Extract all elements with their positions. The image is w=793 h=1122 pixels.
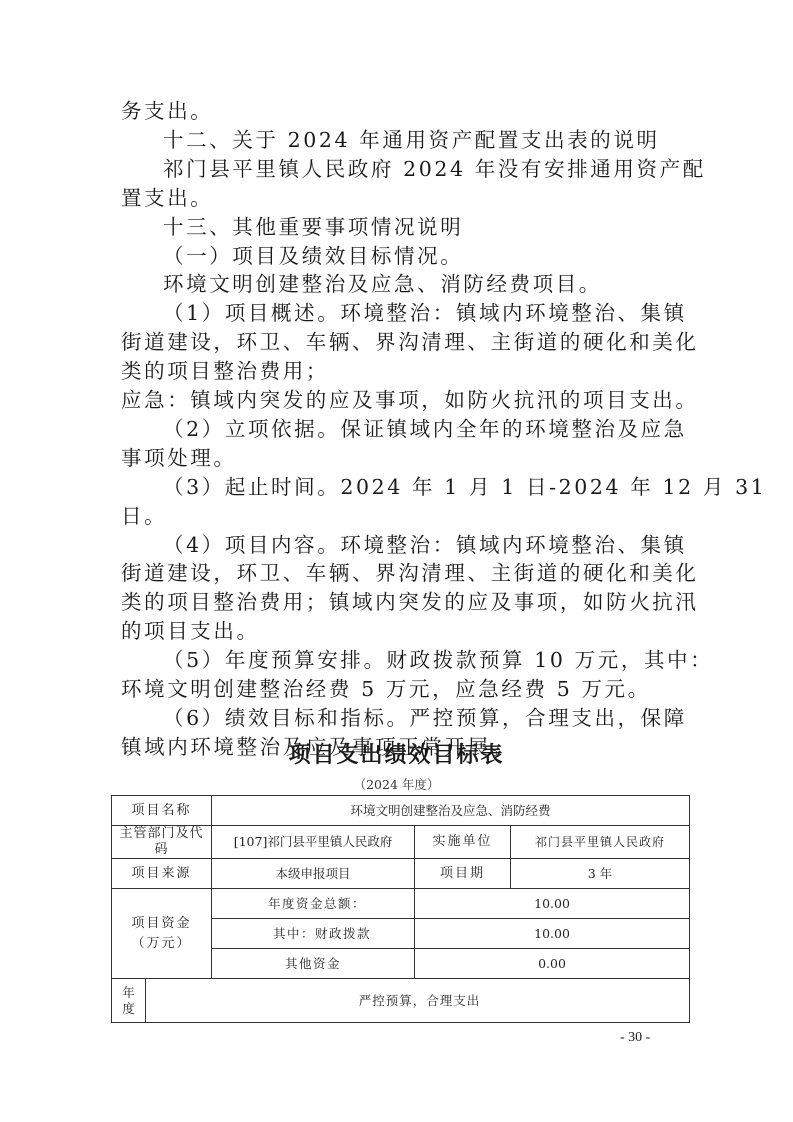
project-name-value: 环境文明创建整治及应急、消防经费 [212,796,690,826]
funds-total-label: 年度资金总额： [212,889,415,919]
funds-total-value: 10.00 [415,889,690,919]
body-line: （2）立项依据。保证镇域内全年的环境整治及应急 [163,415,723,444]
body-line: 应急：镇域内突发的应及事项，如防火抗汛的项目支出。 [121,386,681,415]
funds-fiscal-label: 其中：财政拨款 [212,919,415,949]
table-subtitle: （2024 年度） [0,775,793,793]
body-line: （6）绩效目标和指标。严控预算，合理支出，保障 [163,704,723,733]
impl-label: 实施单位 [415,826,511,859]
source-label: 项目来源 [112,859,212,889]
annual-label: 年度 [112,979,146,1023]
body-line: （3）起止时间。2024 年 1 月 1 日-2024 年 12 月 31 [163,473,723,502]
dept-value: [107]祁门县平里镇人民政府 [212,826,415,859]
body-line: 街道建设，环卫、车辆、界沟清理、主街道的硬化和美化 [121,559,681,588]
body-line: 环境文明创建整治经费 5 万元，应急经费 5 万元。 [121,675,681,704]
table-row: 项目来源 本级申报项目 项目期 3 年 [112,859,690,889]
dept-label: 主管部门及代码 [112,826,212,859]
body-line: 祁门县平里镇人民政府 2024 年没有安排通用资产配 [163,155,723,184]
table-row: 主管部门及代码 [107]祁门县平里镇人民政府 实施单位 祁门县平里镇人民政府 [112,826,690,859]
body-line: （一）项目及绩效目标情况。 [163,242,723,271]
annual-value: 严控预算，合理支出 [146,979,690,1023]
document-page: 务支出。十二、关于 2024 年通用资产配置支出表的说明祁门县平里镇人民政府 2… [0,0,793,1122]
body-line: 十三、其他重要事项情况说明 [163,213,723,242]
funds-label-text: 项目资金（万元） [132,916,192,951]
body-line: 事项处理。 [121,444,681,473]
body-line: （5）年度预算安排。财政拨款预算 10 万元，其中： [163,646,723,675]
body-line: 类的项目整治费用；镇域内突发的应及事项，如防火抗汛 [121,588,681,617]
body-line: 类的项目整治费用； [121,357,681,386]
funds-other-value: 0.00 [415,949,690,979]
annual-label-text: 年度 [122,985,136,1017]
table-row: 项目资金（万元） 年度资金总额： 10.00 [112,889,690,919]
funds-other-label: 其他资金 [212,949,415,979]
table-row: 项目名称 环境文明创建整治及应急、消防经费 [112,796,690,826]
body-line: 环境文明创建整治及应急、消防经费项目。 [163,270,723,299]
period-value: 3 年 [511,859,690,889]
table-row: 年度 严控预算，合理支出 [112,979,690,1023]
body-line: （1）项目概述。环境整治：镇域内环境整治、集镇 [163,299,723,328]
performance-target-table: 项目名称 环境文明创建整治及应急、消防经费 主管部门及代码 [107]祁门县平里… [111,795,690,1023]
page-number: - 30 - [620,1030,650,1046]
impl-value: 祁门县平里镇人民政府 [511,826,690,859]
funds-fiscal-value: 10.00 [415,919,690,949]
body-line: （4）项目内容。环境整治：镇域内环境整治、集镇 [163,531,723,560]
body-line: 的项目支出。 [121,617,681,646]
project-name-label: 项目名称 [112,796,212,826]
body-line: 日。 [121,502,681,531]
table-title: 项目支出绩效目标表 [0,738,793,769]
body-line: 十二、关于 2024 年通用资产配置支出表的说明 [163,126,723,155]
funds-label: 项目资金（万元） [112,889,212,979]
body-line: 街道建设，环卫、车辆、界沟清理、主街道的硬化和美化 [121,328,681,357]
source-value: 本级申报项目 [212,859,415,889]
body-line: 置支出。 [121,184,681,213]
body-line: 务支出。 [121,97,681,126]
period-label: 项目期 [415,859,511,889]
